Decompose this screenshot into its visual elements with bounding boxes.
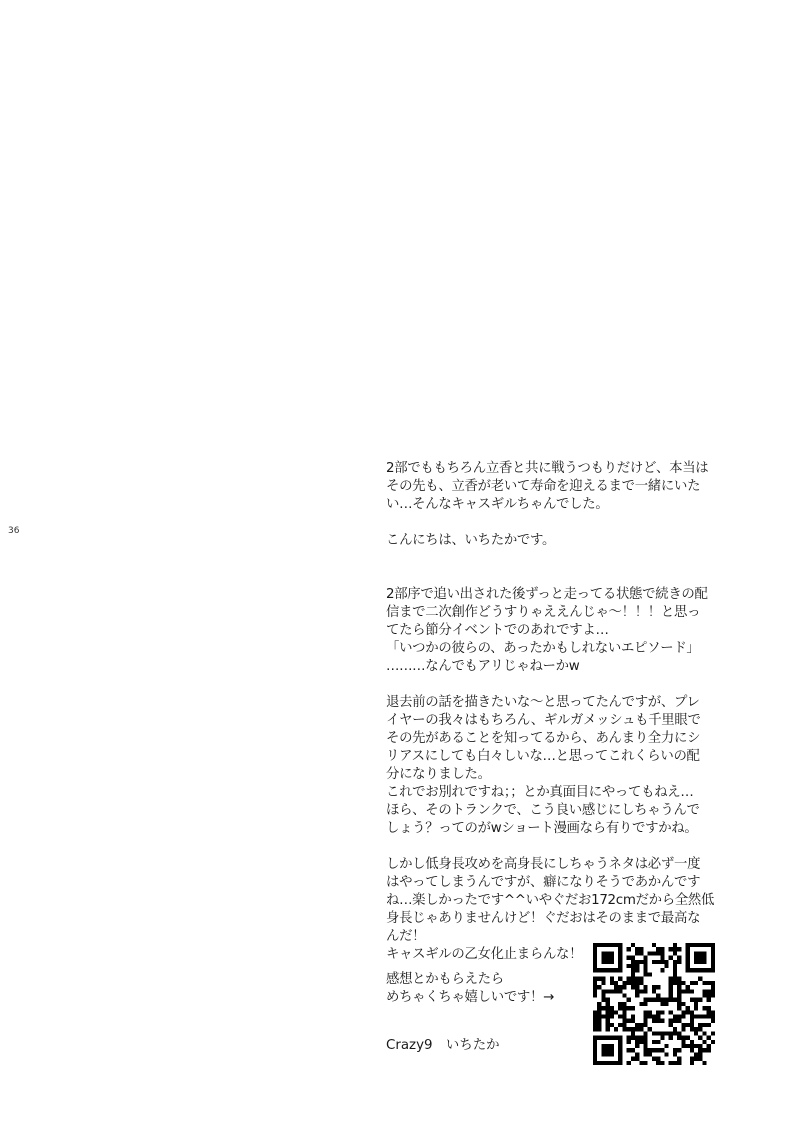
qr-code-graphic [593, 943, 715, 1065]
page-number: 36 [8, 526, 19, 536]
feedback-request: 感想とかもらえたら めちゃくちゃ嬉しいです！→ [386, 971, 554, 1007]
paragraph-greeting: こんにちは、いちたかです。 [386, 532, 731, 550]
qr-code-icon[interactable] [593, 943, 715, 1065]
afterword-text: 2部でももちろん立香と共に戦うつもりだけど、本当は その先も、立香が老いて寿命を… [386, 460, 731, 964]
author-signature: Crazy9 いちたか [386, 1037, 500, 1055]
paragraph-intro: 2部でももちろん立香と共に戦うつもりだけど、本当は その先も、立香が老いて寿命を… [386, 460, 731, 514]
paragraph-story: 退去前の話を描きたいな～と思ってたんですが、プレ イヤーの我々はもちろん、ギルガ… [386, 694, 731, 838]
paragraph-event: 2部序で追い出された後ずっと走ってる状態で続きの配 信まで二次創作どうすりゃええ… [386, 586, 731, 676]
